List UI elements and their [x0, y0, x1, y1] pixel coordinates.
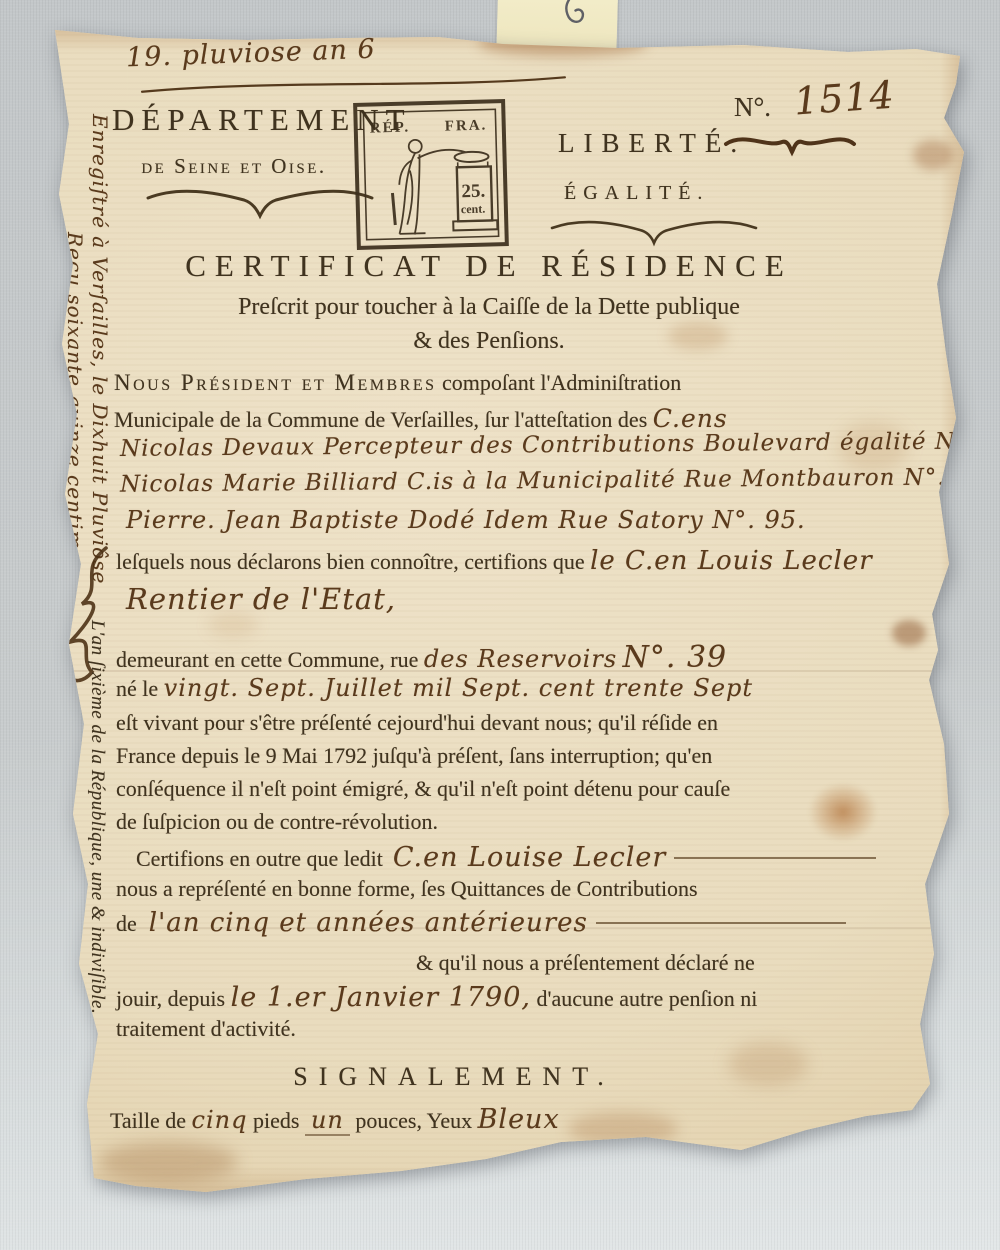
years-hand: l'an cinq et années antérieures: [149, 908, 588, 938]
document-paper: 19. pluviose an 6 DÉPARTEMENT de Seine e…: [8, 22, 966, 1200]
witness-3-handwritten: Pierre. Jean Baptiste Dodé Idem Rue Sato…: [126, 506, 806, 534]
body-line-declare: & qu'il nous a préſentement déclaré ne: [416, 950, 755, 976]
stamp-unit: cent.: [461, 202, 486, 217]
date-underline-flourish: [140, 74, 570, 98]
date-1790-hand: le 1.er Janvier 1790,: [231, 982, 531, 1013]
street-hand: des Reservoirs: [424, 645, 617, 673]
revenue-stamp: RÉP. FRA. 25. cent.: [352, 98, 510, 252]
demeurant-print: demeurant en cette Commune, rue: [116, 647, 418, 672]
stamp-text-rep: RÉP.: [370, 119, 411, 137]
signalement-title: SIGNALEMENT.: [104, 1062, 804, 1092]
number-value-handwritten: 1514: [793, 73, 897, 124]
body-line-suspicion: de ſuſpicion ou de contre-révolution.: [116, 809, 438, 835]
body-line-an-cinq: de l'an cinq et années antérieures: [116, 908, 846, 938]
stain-bottom: [568, 1112, 678, 1146]
street-number-hand: N°. 39: [623, 640, 728, 675]
body-line-demeurant: demeurant en cette Commune, rue des Rese…: [116, 640, 727, 675]
birthdate-hand: vingt. Sept. Juillet mil Sept. cent tren…: [164, 674, 753, 702]
burn-right: [940, 22, 966, 1200]
stain-large: [808, 782, 878, 842]
citizen-name-hand: le C.en Louis Lecler: [590, 546, 873, 576]
lesquels-print: leſquels nous déclarons bien connoître, …: [116, 549, 585, 574]
stamp-text-fra: FRA.: [445, 118, 488, 135]
body-line-nous: Nous Préſident et Membres compoſant l'Ad…: [114, 370, 681, 396]
handwritten-top-date: 19. pluviose an 6: [126, 34, 377, 74]
pieds-print: pieds: [253, 1108, 299, 1133]
department-subtitle: de Seine et Oise.: [100, 154, 368, 179]
egalite-label: ÉGALITÉ.: [564, 182, 709, 205]
number-label: N°.: [734, 92, 771, 123]
stain-bottom-left: [98, 1142, 238, 1182]
witness-2-handwritten: Nicolas Marie Billiard C.is à la Municip…: [120, 464, 962, 497]
body-line-municipale: Municipale de la Commune de Verſailles, …: [114, 404, 728, 433]
nous-president-membres: Nous Préſident et Membres: [114, 370, 437, 395]
aucune-pension-print: d'aucune autre penſion ni: [537, 986, 758, 1011]
body-line-vivant: eſt vivant pour s'être préſenté cejourd'…: [116, 710, 718, 736]
stain-edge-top: [913, 140, 953, 170]
body-line-france: France depuis le 9 Mai 1792 juſqu'à préſ…: [116, 743, 712, 769]
certificate-title: CERTIFICAT DE RÉSIDENCE: [104, 248, 874, 284]
witness-1-handwritten: Nicolas Devaux Percepteur des Contributi…: [120, 428, 1000, 462]
brace-ornament-number: [722, 134, 858, 166]
body-line-lesquels: leſquels nous déclarons bien connoître, …: [116, 546, 873, 576]
burn-bottom: [8, 1166, 966, 1200]
brace-ornament-right: [548, 220, 760, 250]
body-line-jouir: jouir, depuis le 1.er Janvier 1790, d'au…: [116, 982, 757, 1013]
photo-background: 19. pluviose an 6 DÉPARTEMENT de Seine e…: [0, 0, 1000, 1250]
ne-le-print: né le: [116, 676, 158, 701]
stain-tag-glue: [478, 30, 648, 56]
body-line-traitement: traitement d'activité.: [116, 1016, 296, 1042]
margin-republic-note: L'an ſixième de la République, une & ind…: [86, 620, 108, 1120]
taille-print: Taille de: [110, 1108, 186, 1133]
jouir-print: jouir, depuis: [116, 986, 225, 1011]
document-paper-wrap: 19. pluviose an 6 DÉPARTEMENT de Seine e…: [8, 22, 966, 1200]
body-line-ne-le: né le vingt. Sept. Juillet mil Sept. cen…: [116, 674, 753, 702]
stamp-altar: 25. cent.: [451, 151, 497, 230]
certificate-subtitle-2: & des Penſions.: [104, 328, 874, 355]
body-line-certifions: Certifions en outre que ledit C.en Louis…: [136, 842, 876, 873]
municipale-print: Municipale de la Commune de Verſailles, …: [114, 407, 647, 432]
body-line-taille: Taille de cinq pieds un pouces, Yeux Ble…: [110, 1104, 560, 1135]
citizen-name-2-hand: C.en Louise Lecler: [393, 842, 666, 873]
brace-ornament-left: [144, 188, 376, 226]
yeux-print: pouces, Yeux: [355, 1108, 472, 1133]
liberte-label: LIBERTÉ.: [558, 128, 746, 159]
composant-administration: compoſant l'Adminiſtration: [437, 370, 682, 395]
stain-edge-mid: [892, 620, 926, 646]
de-print: de: [116, 911, 137, 937]
certifions-print: Certifions en outre que ledit: [136, 846, 383, 872]
body-line-quittances: nous a repréſenté en bonne forme, ſes Qu…: [116, 876, 698, 902]
eye-color-hand: Bleux: [478, 1104, 560, 1135]
stamp-value: 25.: [461, 181, 485, 203]
ink-rule-2: [596, 922, 846, 924]
pieds-value-hand: cinq: [192, 1106, 248, 1134]
profession-handwritten: Rentier de l'Etat,: [126, 582, 396, 616]
burn-left: [8, 22, 28, 1200]
certificate-subtitle-1: Preſcrit pour toucher à la Caiſſe de la …: [104, 294, 874, 321]
citoyens-hand: C.ens: [653, 404, 728, 433]
ink-rule-1: [674, 857, 876, 859]
body-line-consequence: conſéquence il n'eſt point émigré, & qu'…: [116, 776, 730, 802]
pouces-value-hand: un: [305, 1106, 350, 1136]
